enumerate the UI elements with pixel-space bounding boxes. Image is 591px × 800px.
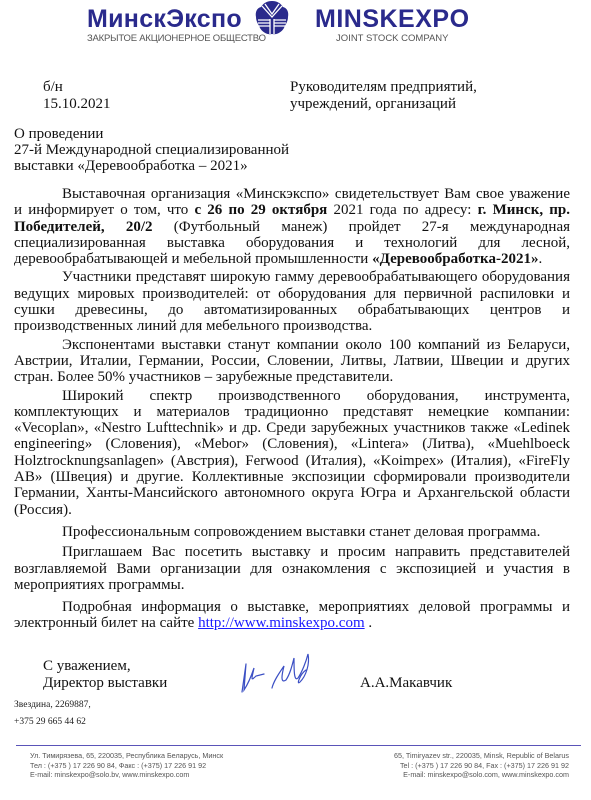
letter-date: 15.10.2021 — [43, 96, 111, 113]
paragraph-intro: Выставочная организация «Минскэкспо» сви… — [14, 186, 570, 267]
subject-line-2: 27-й Международной специализированной — [14, 142, 289, 158]
contact-line-2: +375 29 665 44 62 — [14, 714, 91, 731]
reference-number: б/н — [43, 79, 111, 96]
handwritten-signature-icon — [236, 644, 328, 700]
minskexpo-emblem-icon — [254, 0, 290, 36]
signoff-block: С уважением, Директор выставки — [43, 658, 167, 692]
signer-name: А.А.Макавчик — [360, 675, 452, 692]
event-dates: с 26 по 29 октября — [194, 202, 327, 218]
event-name: «Деревообработка-2021» — [372, 251, 538, 267]
more-info-end: . — [365, 615, 373, 631]
footer-ru-address: Ул. Тимирязева, 65, 220035, Республика Б… — [30, 751, 223, 761]
signer-position: Директор выставки — [43, 675, 167, 692]
logo-en-subtitle: JOINT STOCK COMPANY — [315, 33, 470, 44]
logo-ru-subtitle: ЗАКРЫТОЕ АКЦИОНЕРНОЕ ОБЩЕСТВО — [87, 33, 266, 44]
paragraph-companies: Широкий спектр производственного оборудо… — [14, 388, 570, 518]
intro-text-4: . — [538, 251, 542, 267]
footer-address-ru: Ул. Тимирязева, 65, 220035, Республика Б… — [30, 751, 223, 780]
regards-text: С уважением, — [43, 658, 167, 675]
footer-en-email: E-mail: minskexpo@solo.com, www.minskexp… — [394, 770, 569, 780]
footer-en-phone: Tel : (+375 ) 17 226 90 84, Fax : (+375)… — [394, 761, 569, 771]
letterhead: МинскЭкспо ЗАКРЫТОЕ АКЦИОНЕРНОЕ ОБЩЕСТВО… — [0, 0, 591, 50]
paragraph-invitation: Приглашаем Вас посетить выставку и проси… — [14, 544, 570, 593]
footer-ru-phone: Тел : (+375 ) 17 226 90 84, Факс : (+375… — [30, 761, 223, 771]
footer-address-en: 65, Timiryazev str., 220035, Minsk, Repu… — [394, 751, 569, 780]
paragraph-business-program: Профессиональным сопровождением выставки… — [14, 524, 570, 540]
intro-text-2: 2021 года по адресу: — [327, 202, 477, 218]
logo-ru-name: МинскЭкспо — [87, 6, 266, 32]
paragraph-more-info: Подробная информация о выставке, меропри… — [14, 599, 570, 632]
paragraph-exhibitors: Экспонентами выставки станут компании ок… — [14, 337, 570, 386]
letter-subject: О проведении 27-й Международной специали… — [14, 126, 289, 174]
subject-line-3: выставки «Деревообработка – 2021» — [14, 158, 289, 174]
letter-reference: б/н 15.10.2021 — [43, 79, 111, 113]
recipient-block: Руководителям предприятий, учреждений, о… — [290, 79, 477, 113]
subject-line-1: О проведении — [14, 126, 289, 142]
letter-body: Выставочная организация «Минскэкспо» сви… — [14, 186, 570, 632]
footer-ru-email: E-mail: minskexpo@solo.bv, www.minskexpo… — [30, 770, 223, 780]
contact-line-1: Звездина, 2269887, — [14, 697, 91, 714]
paragraph-participants: Участники представят широкую гамму дерев… — [14, 269, 570, 334]
logo-english: MINSKEXPO JOINT STOCK COMPANY — [315, 6, 470, 44]
footer-divider — [16, 745, 581, 746]
website-link[interactable]: http://www.minskexpo.com — [198, 615, 365, 631]
contact-person: Звездина, 2269887, +375 29 665 44 62 — [14, 697, 91, 731]
logo-russian: МинскЭкспо ЗАКРЫТОЕ АКЦИОНЕРНОЕ ОБЩЕСТВО — [87, 6, 266, 44]
logo-en-name: MINSKEXPO — [315, 6, 470, 32]
recipient-line-1: Руководителям предприятий, — [290, 79, 477, 96]
recipient-line-2: учреждений, организаций — [290, 96, 477, 113]
footer-en-address: 65, Timiryazev str., 220035, Minsk, Repu… — [394, 751, 569, 761]
